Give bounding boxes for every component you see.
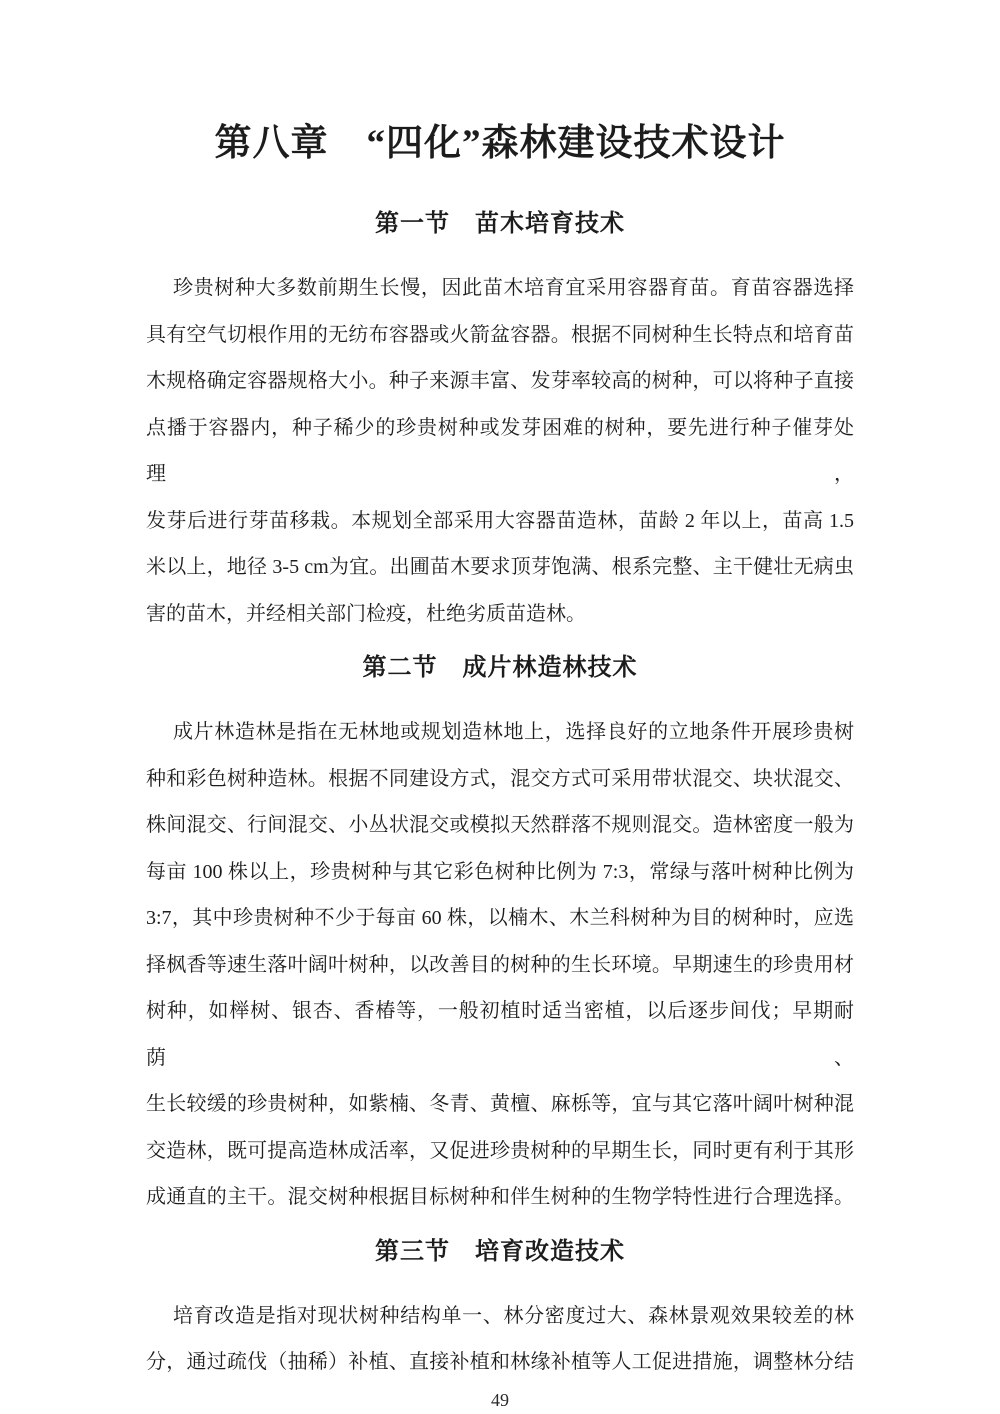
text-line: 择枫香等速生落叶阔叶树种，以改善目的树种的生长环境。早期速生的珍贵用材 (146, 942, 854, 989)
paragraph: 成片林造林是指在无林地或规划造林地上，选择良好的立地条件开展珍贵树种和彩色树种造… (146, 709, 854, 1221)
text-line: 分，通过疏伐（抽稀）补植、直接补植和林缘补植等人工促进措施，调整林分结 (146, 1339, 854, 1386)
section-heading: 第三节 培育改造技术 (146, 1236, 854, 1268)
text-line: 木规格确定容器规格大小。种子来源丰富、发芽率较高的树种，可以将种子直接 (146, 358, 854, 405)
text-line: 生长较缓的珍贵树种，如紫楠、冬青、黄檀、麻栎等，宜与其它落叶阔叶树种混 (146, 1081, 854, 1128)
text-line: 成片林造林是指在无林地或规划造林地上，选择良好的立地条件开展珍贵树 (146, 709, 854, 756)
section-heading: 第二节 成片林造林技术 (146, 652, 854, 684)
chapter-title: 第八章 “四化”森林建设技术设计 (146, 120, 854, 168)
document-page: 第八章 “四化”森林建设技术设计 第一节 苗木培育技术 珍贵树种大多数前期生长慢… (0, 0, 1000, 1414)
text-line: 树种，如榉树、银杏、香椿等，一般初植时适当密植，以后逐步间伐；早期耐荫、 (146, 988, 854, 1081)
section-heading: 第一节 苗木培育技术 (146, 208, 854, 240)
text-line: 株间混交、行间混交、小丛状混交或模拟天然群落不规则混交。造林密度一般为 (146, 802, 854, 849)
text-line: 培育改造是指对现状树种结构单一、林分密度过大、森林景观效果较差的林 (146, 1293, 854, 1340)
text-line: 具有空气切根作用的无纺布容器或火箭盆容器。根据不同树种生长特点和培育苗 (146, 312, 854, 359)
page-number: 49 (146, 1388, 854, 1412)
text-line: 种和彩色树种造林。根据不同建设方式，混交方式可采用带状混交、块状混交、 (146, 756, 854, 803)
text-line: 发芽后进行芽苗移栽。本规划全部采用大容器苗造林，苗龄 2 年以上，苗高 1.5 (146, 498, 854, 545)
section-plantation-afforestation: 第二节 成片林造林技术 成片林造林是指在无林地或规划造林地上，选择良好的立地条件… (146, 652, 854, 1221)
text-line: 珍贵树种大多数前期生长慢，因此苗木培育宜采用容器育苗。育苗容器选择 (146, 265, 854, 312)
text-line: 3:7，其中珍贵树种不少于每亩 60 株，以楠木、木兰科树种为目的树种时，应选 (146, 895, 854, 942)
text-line: 每亩 100 株以上，珍贵树种与其它彩色树种比例为 7:3，常绿与落叶树种比例为 (146, 849, 854, 896)
text-line: 害的苗木，并经相关部门检疫，杜绝劣质苗造林。 (146, 591, 854, 638)
section-cultivation-improvement: 第三节 培育改造技术 培育改造是指对现状树种结构单一、林分密度过大、森林景观效果… (146, 1236, 854, 1386)
text-line: 点播于容器内，种子稀少的珍贵树种或发芽困难的树种，要先进行种子催芽处理， (146, 405, 854, 498)
text-line: 米以上，地径 3-5 cm为宜。出圃苗木要求顶芽饱满、根系完整、主干健壮无病虫 (146, 544, 854, 591)
text-line: 成通直的主干。混交树种根据目标树种和伴生树种的生物学特性进行合理选择。 (146, 1174, 854, 1221)
paragraph: 珍贵树种大多数前期生长慢，因此苗木培育宜采用容器育苗。育苗容器选择具有空气切根作… (146, 265, 854, 637)
paragraph: 培育改造是指对现状树种结构单一、林分密度过大、森林景观效果较差的林分，通过疏伐（… (146, 1293, 854, 1386)
section-seedling-cultivation: 第一节 苗木培育技术 珍贵树种大多数前期生长慢，因此苗木培育宜采用容器育苗。育苗… (146, 208, 854, 637)
text-line: 交造林，既可提高造林成活率，又促进珍贵树种的早期生长，同时更有利于其形 (146, 1128, 854, 1175)
